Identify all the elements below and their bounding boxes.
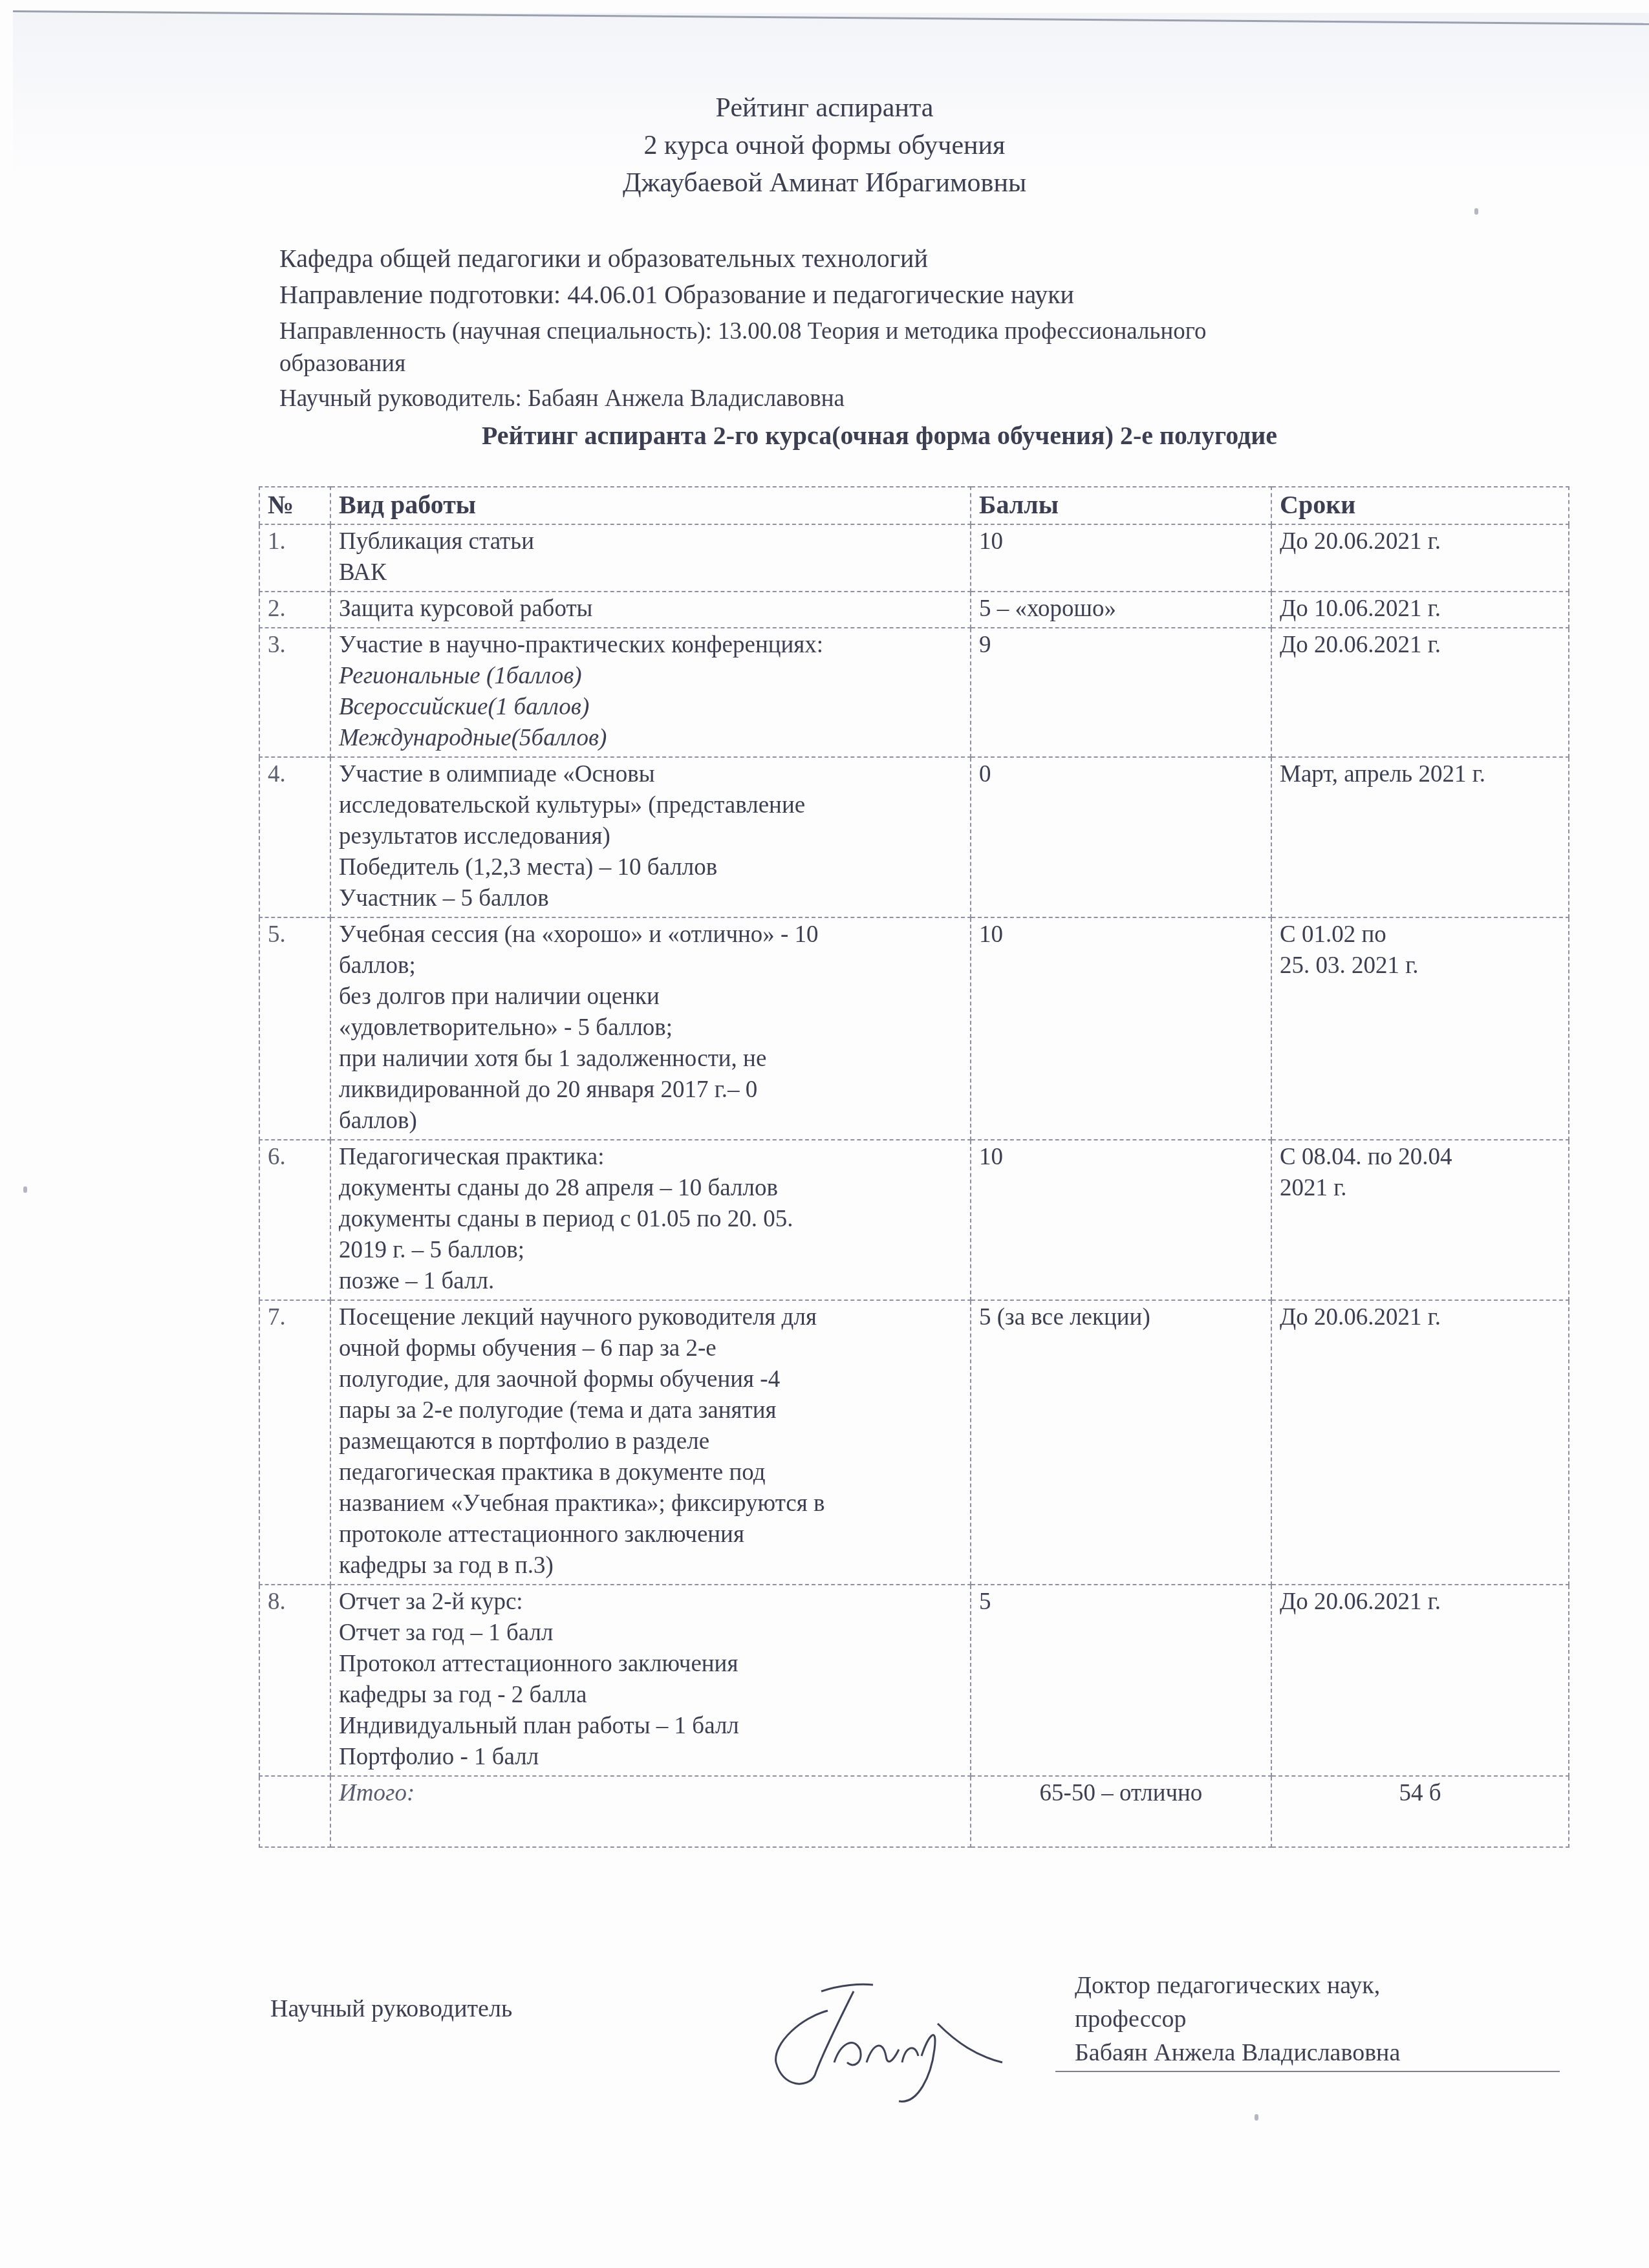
work-type-cell: Педагогическая практика:документы сданы … [330, 1140, 971, 1300]
title-line-2: 2 курса очной формы обучения [0, 132, 1649, 159]
work-type-line: документы сданы в период с 01.05 по 20. … [339, 1204, 962, 1235]
work-type-line: педагогическая практика в документе под [339, 1457, 962, 1488]
deadline-line: До 20.06.2021 г. [1280, 1302, 1560, 1333]
work-type-line: Защита курсовой работы [339, 594, 962, 625]
scan-speck [1474, 208, 1478, 215]
work-type-line: Учебная сессия (на «хорошо» и «отлично» … [339, 919, 962, 950]
table-row: 4.Участие в олимпиаде «Основыисследовате… [259, 757, 1569, 917]
deadline-cell: До 20.06.2021 г. [1271, 524, 1569, 592]
deadline-cell: До 20.06.2021 г. [1271, 1585, 1569, 1776]
points-cell: 0 [971, 757, 1271, 917]
deadline-line: До 10.06.2021 г. [1280, 594, 1560, 625]
work-type-cell: Участие в научно-практических конференци… [330, 628, 971, 757]
work-type-line: названием «Учебная практика»; фиксируютс… [339, 1488, 962, 1519]
specialty-line-2: образования [279, 352, 405, 376]
supervisor-title: профессор [1075, 2002, 1400, 2036]
work-type-line: Протокол аттестационного заключения [339, 1649, 962, 1680]
work-type-line: баллов) [339, 1106, 962, 1137]
row-number: 8. [259, 1585, 330, 1776]
work-type-line: баллов; [339, 950, 962, 981]
deadline-line: С 01.02 по [1280, 919, 1560, 950]
row-number: 5. [259, 917, 330, 1140]
deadline-line: Март, апрель 2021 г. [1280, 759, 1560, 790]
total-value: 54 б [1271, 1776, 1569, 1847]
points-cell: 9 [971, 628, 1271, 757]
table-row: 1.Публикация статьиВАК10До 20.06.2021 г. [259, 524, 1569, 592]
row-number: 3. [259, 628, 330, 757]
deadline-line: До 20.06.2021 г. [1280, 526, 1560, 557]
points-cell: 5 – «хорошо» [971, 592, 1271, 628]
deadline-line: До 20.06.2021 г. [1280, 1587, 1560, 1618]
scan-speck [23, 1186, 27, 1193]
title-line-1: Рейтинг аспиранта [0, 94, 1649, 122]
deadline-cell: С 01.02 по25. 03. 2021 г. [1271, 917, 1569, 1140]
total-row: Итого: 65-50 – отлично 54 б [259, 1776, 1569, 1847]
row-number: 7. [259, 1300, 330, 1585]
work-type-line: Индивидуальный план работы – 1 балл [339, 1711, 962, 1742]
table-row: 6.Педагогическая практика:документы сдан… [259, 1140, 1569, 1300]
work-type-line: при наличии хотя бы 1 задолженности, не [339, 1043, 962, 1075]
column-header-number: № [259, 487, 330, 524]
deadline-line: С 08.04. по 20.04 [1280, 1142, 1560, 1173]
work-type-line: позже – 1 балл. [339, 1266, 962, 1297]
points-cell: 5 (за все лекции) [971, 1300, 1271, 1585]
work-type-line: Участие в научно-практических конференци… [339, 630, 962, 661]
row-number: 6. [259, 1140, 330, 1300]
column-header-work-type: Вид работы [330, 487, 971, 524]
work-type-line: Портфолио - 1 балл [339, 1742, 962, 1773]
scan-speck [1255, 2114, 1258, 2121]
work-type-line: Отчет за год – 1 балл [339, 1618, 962, 1649]
table-row: 2.Защита курсовой работы5 – «хорошо»До 1… [259, 592, 1569, 628]
deadline-cell: С 08.04. по 20.042021 г. [1271, 1140, 1569, 1300]
work-type-line: кафедры за год в п.3) [339, 1550, 962, 1581]
work-type-line: исследовательской культуры» (представлен… [339, 790, 962, 821]
total-label: Итого: [330, 1776, 971, 1847]
work-type-line: Публикация статьи [339, 526, 962, 557]
row-number: 2. [259, 592, 330, 628]
work-type-line: ликвидированной до 20 января 2017 г.– 0 [339, 1075, 962, 1106]
deadline-line: 25. 03. 2021 г. [1280, 950, 1560, 981]
work-type-line: протоколе аттестационного заключения [339, 1519, 962, 1550]
work-type-cell: Посещение лекций научного руководителя д… [330, 1300, 971, 1585]
work-type-cell: Учебная сессия (на «хорошо» и «отлично» … [330, 917, 971, 1140]
table-row: 7.Посещение лекций научного руководителя… [259, 1300, 1569, 1585]
department: Кафедра общей педагогики и образовательн… [279, 246, 928, 272]
work-type-line: Победитель (1,2,3 места) – 10 баллов [339, 852, 962, 883]
work-type-line: результатов исследования) [339, 821, 962, 852]
column-header-points: Баллы [971, 487, 1271, 524]
work-type-line: Отчет за 2-й курс: [339, 1587, 962, 1618]
deadline-line: 2021 г. [1280, 1173, 1560, 1204]
rating-table: № Вид работы Баллы Сроки 1.Публикация ст… [259, 486, 1569, 1848]
handwritten-signature [744, 1965, 1041, 2108]
deadline-line: До 20.06.2021 г. [1280, 630, 1560, 661]
supervisor: Научный руководитель: Бабаян Анжела Влад… [279, 387, 845, 411]
table-row: 3.Участие в научно-практических конферен… [259, 628, 1569, 757]
deadline-cell: До 10.06.2021 г. [1271, 592, 1569, 628]
work-type-line: ВАК [339, 557, 962, 588]
signature-underline [1055, 2071, 1560, 2072]
signature-label: Научный руководитель [270, 1995, 512, 2023]
table-title: Рейтинг аспиранта 2-го курса(очная форма… [0, 420, 1649, 451]
points-cell: 5 [971, 1585, 1271, 1776]
deadline-cell: Март, апрель 2021 г. [1271, 757, 1569, 917]
work-type-line: Участие в олимпиаде «Основы [339, 759, 962, 790]
work-type-line: Участник – 5 баллов [339, 883, 962, 914]
work-type-line: размещаются в портфолио в разделе [339, 1426, 962, 1457]
work-type-line: кафедры за год - 2 балла [339, 1680, 962, 1711]
total-empty-cell [259, 1776, 330, 1847]
work-type-line: Международные(5баллов) [339, 723, 962, 754]
training-direction: Направление подготовки: 44.06.01 Образов… [279, 282, 1074, 308]
points-cell: 10 [971, 524, 1271, 592]
table-header-row: № Вид работы Баллы Сроки [259, 487, 1569, 524]
table-row: 8.Отчет за 2-й курс:Отчет за год – 1 бал… [259, 1585, 1569, 1776]
work-type-cell: Публикация статьиВАК [330, 524, 971, 592]
work-type-line: «удовлетворительно» - 5 баллов; [339, 1012, 962, 1043]
total-scale: 65-50 – отлично [971, 1776, 1271, 1847]
table-row: 5.Учебная сессия (на «хорошо» и «отлично… [259, 917, 1569, 1140]
work-type-line: Педагогическая практика: [339, 1142, 962, 1173]
column-header-deadline: Сроки [1271, 487, 1569, 524]
work-type-line: очной формы обучения – 6 пар за 2-е [339, 1333, 962, 1364]
work-type-line: пары за 2-е полугодие (тема и дата занят… [339, 1395, 962, 1426]
specialty-line-1: Направленность (научная специальность): … [279, 319, 1206, 343]
work-type-line: документы сданы до 28 апреля – 10 баллов [339, 1173, 962, 1204]
work-type-line: полугодие, для заочной формы обучения -4 [339, 1364, 962, 1395]
work-type-cell: Отчет за 2-й курс:Отчет за год – 1 баллП… [330, 1585, 971, 1776]
work-type-line: Посещение лекций научного руководителя д… [339, 1302, 962, 1333]
supervisor-name: Бабаян Анжела Владиславовна [1075, 2036, 1400, 2070]
deadline-cell: До 20.06.2021 г. [1271, 628, 1569, 757]
work-type-line: Региональные (1баллов) [339, 661, 962, 692]
work-type-line: без долгов при наличии оценки [339, 981, 962, 1012]
row-number: 1. [259, 524, 330, 592]
work-type-cell: Защита курсовой работы [330, 592, 971, 628]
points-cell: 10 [971, 917, 1271, 1140]
work-type-cell: Участие в олимпиаде «Основыисследователь… [330, 757, 971, 917]
row-number: 4. [259, 757, 330, 917]
work-type-line: Всероссийские(1 баллов) [339, 692, 962, 723]
supervisor-degree: Доктор педагогических наук, [1075, 1969, 1400, 2002]
work-type-line: 2019 г. – 5 баллов; [339, 1235, 962, 1266]
points-cell: 10 [971, 1140, 1271, 1300]
deadline-cell: До 20.06.2021 г. [1271, 1300, 1569, 1585]
title-line-3: Джаубаевой Аминат Ибрагимовны [0, 169, 1649, 197]
supervisor-signature-block: Доктор педагогических наук, профессор Ба… [1075, 1969, 1400, 2070]
